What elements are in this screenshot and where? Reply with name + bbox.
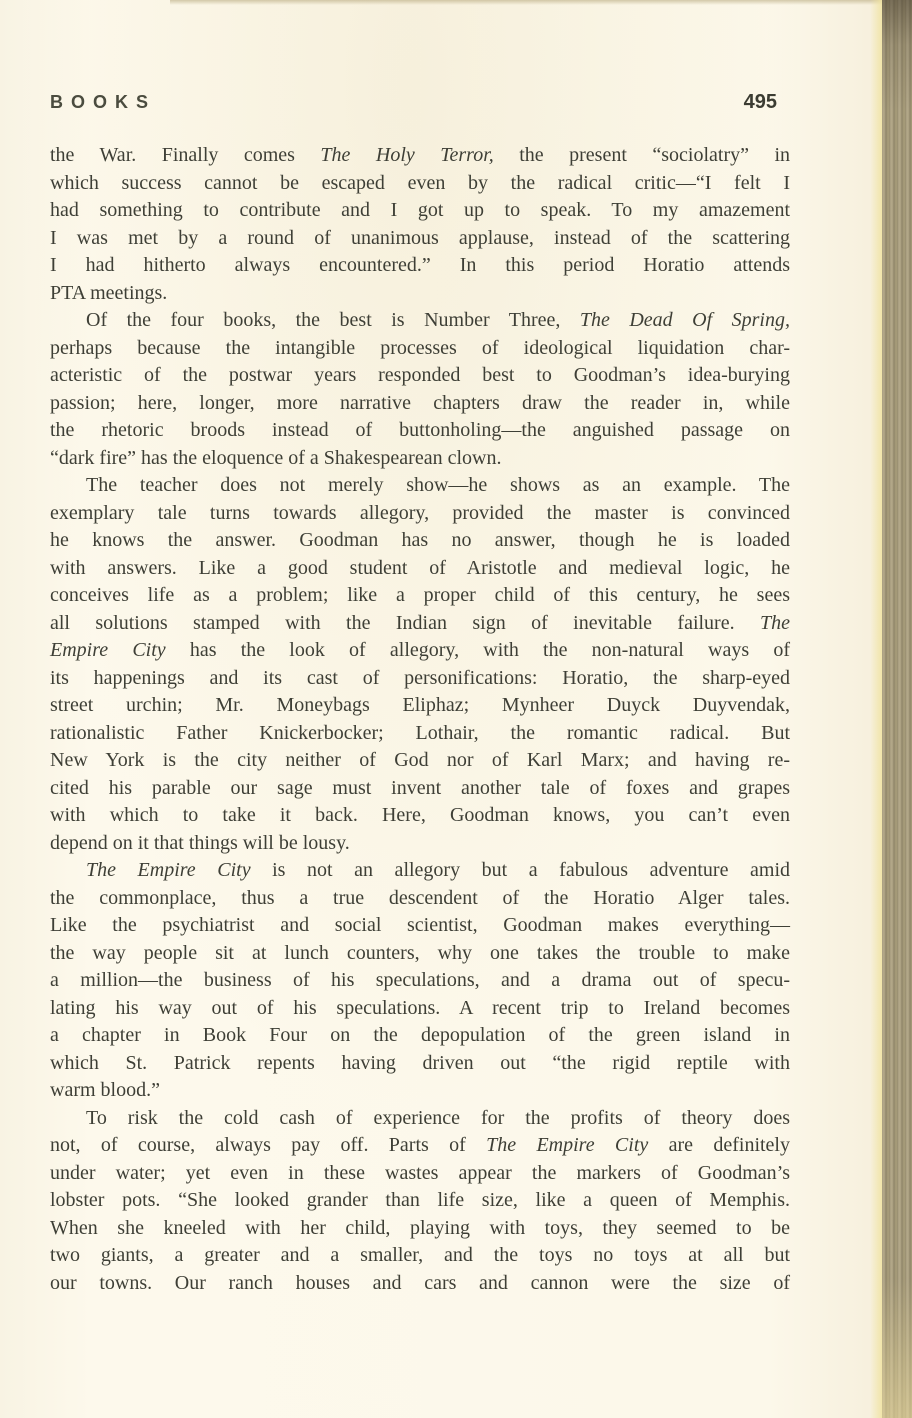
text-segment: the rhetoric broods instead of buttonhol… (50, 419, 790, 441)
text-line: perhaps because the intangible processes… (50, 335, 790, 363)
text-segment: Like the psychiatrist and social scienti… (50, 914, 790, 936)
text-line: When she kneeled with her child, playing… (50, 1215, 790, 1243)
italic-text-segment: Empire City (50, 639, 166, 661)
text-line: I had hitherto always encountered.” In t… (50, 252, 790, 280)
italic-text-segment: The (760, 612, 790, 634)
text-segment: I had hitherto always encountered.” In t… (50, 254, 790, 276)
text-segment: the way people sit at lunch counters, wh… (50, 942, 790, 964)
text-line: with which to take it back. Here, Goodma… (50, 802, 790, 830)
text-line: Like the psychiatrist and social scienti… (50, 912, 790, 940)
text-segment: cited his parable our sage must invent a… (50, 777, 790, 799)
text-segment: “dark fire” has the eloquence of a Shake… (50, 447, 501, 469)
text-line: our towns. Our ranch houses and cars and… (50, 1270, 790, 1298)
text-segment: with answers. Like a good student of Ari… (50, 557, 790, 579)
text-line: with answers. Like a good student of Ari… (50, 555, 790, 583)
text-segment: not, of course, always pay off. Parts of (50, 1134, 486, 1156)
text-line: conceives life as a problem; like a prop… (50, 582, 790, 610)
text-line: cited his parable our sage must invent a… (50, 775, 790, 803)
text-line: the way people sit at lunch counters, wh… (50, 940, 790, 968)
text-segment: rationalistic Father Knickerbocker; Loth… (50, 722, 790, 744)
text-line: the rhetoric broods instead of buttonhol… (50, 417, 790, 445)
text-line: a chapter in Book Four on the depopulati… (50, 1022, 790, 1050)
text-segment: Of the four books, the best is Number Th… (86, 309, 580, 331)
text-line: all solutions stamped with the Indian si… (50, 610, 790, 638)
text-segment: the War. Finally comes (50, 144, 320, 166)
text-segment: lobster pots. “She looked grander than l… (50, 1189, 790, 1211)
text-segment: acteristic of the postwar years responde… (50, 364, 790, 386)
page-edge-highlight (870, 0, 882, 1418)
text-segment: To risk the cold cash of experience for … (86, 1107, 790, 1129)
text-segment: had something to contribute and I got up… (50, 199, 790, 221)
text-segment: I was met by a round of unanimous applau… (50, 227, 790, 249)
text-line: the commonplace, thus a true descendent … (50, 885, 790, 913)
text-segment: all solutions stamped with the Indian si… (50, 612, 760, 634)
text-line: passion; here, longer, more narrative ch… (50, 390, 790, 418)
text-line: street urchin; Mr. Moneybags Eliphaz; My… (50, 692, 790, 720)
text-line: The teacher does not merely show—he show… (50, 472, 790, 500)
text-line: not, of course, always pay off. Parts of… (50, 1132, 790, 1160)
text-segment: lating his way out of his speculations. … (50, 997, 790, 1019)
text-line: To risk the cold cash of experience for … (50, 1105, 790, 1133)
italic-text-segment: The Holy Terror, (320, 144, 493, 166)
text-line: New York is the city neither of God nor … (50, 747, 790, 775)
text-segment: depend on it that things will be lousy. (50, 832, 350, 854)
book-edge-band (882, 0, 912, 1418)
text-segment: with which to take it back. Here, Goodma… (50, 804, 790, 826)
text-line: had something to contribute and I got up… (50, 197, 790, 225)
text-segment: street urchin; Mr. Moneybags Eliphaz; My… (50, 694, 790, 716)
text-segment: which St. Patrick repents having driven … (50, 1052, 790, 1074)
text-line: he knows the answer. Goodman has no answ… (50, 527, 790, 555)
text-line: under water; yet even in these wastes ap… (50, 1160, 790, 1188)
text-segment: its happenings and its cast of personifi… (50, 667, 790, 689)
scanned-book-page: BOOKS 495 the War. Finally comes The Hol… (0, 0, 912, 1418)
paragraph: The teacher does not merely show—he show… (50, 472, 790, 857)
section-label: BOOKS (50, 92, 156, 113)
text-segment: our towns. Our ranch houses and cars and… (50, 1272, 790, 1294)
text-segment: a million—the business of his speculatio… (50, 969, 790, 991)
text-line: Of the four books, the best is Number Th… (50, 307, 790, 335)
text-line: acteristic of the postwar years responde… (50, 362, 790, 390)
text-line: PTA meetings. (50, 280, 790, 308)
text-line: lating his way out of his speculations. … (50, 995, 790, 1023)
text-line: which success cannot be escaped even by … (50, 170, 790, 198)
text-segment: passion; here, longer, more narrative ch… (50, 392, 790, 414)
text-line: rationalistic Father Knickerbocker; Loth… (50, 720, 790, 748)
text-segment: perhaps because the intangible processes… (50, 337, 790, 359)
text-segment: under water; yet even in these wastes ap… (50, 1162, 790, 1184)
text-segment: are definitely (648, 1134, 790, 1156)
text-line: depend on it that things will be lousy. (50, 830, 790, 858)
text-segment: two giants, a greater and a smaller, and… (50, 1244, 790, 1266)
text-line: exemplary tale turns towards allegory, p… (50, 500, 790, 528)
text-segment: warm blood.” (50, 1079, 160, 1101)
italic-text-segment: The Empire City (486, 1134, 648, 1156)
paragraph: The Empire City is not an allegory but a… (50, 857, 790, 1105)
body-text: the War. Finally comes The Holy Terror, … (50, 142, 790, 1297)
text-segment: The teacher does not merely show—he show… (86, 474, 790, 496)
text-segment: a chapter in Book Four on the depopulati… (50, 1024, 790, 1046)
text-segment: which success cannot be escaped even by … (50, 172, 790, 194)
text-segment: the commonplace, thus a true descendent … (50, 887, 790, 909)
text-segment: the present “sociolatry” in (494, 144, 790, 166)
text-line: The Empire City is not an allegory but a… (50, 857, 790, 885)
italic-text-segment: The Empire City (86, 859, 251, 881)
text-segment: When she kneeled with her child, playing… (50, 1217, 790, 1239)
text-segment: has the look of allegory, with the non-n… (166, 639, 790, 661)
text-line: its happenings and its cast of personifi… (50, 665, 790, 693)
text-segment: PTA meetings. (50, 282, 167, 304)
scan-top-edge-shadow (170, 0, 884, 5)
page-number: 495 (744, 91, 777, 114)
text-segment: New York is the city neither of God nor … (50, 749, 790, 771)
text-line: “dark fire” has the eloquence of a Shake… (50, 445, 790, 473)
paragraph: Of the four books, the best is Number Th… (50, 307, 790, 472)
text-segment: conceives life as a problem; like a prop… (50, 584, 790, 606)
text-line: two giants, a greater and a smaller, and… (50, 1242, 790, 1270)
text-line: Empire City has the look of allegory, wi… (50, 637, 790, 665)
text-line: the War. Finally comes The Holy Terror, … (50, 142, 790, 170)
text-line: lobster pots. “She looked grander than l… (50, 1187, 790, 1215)
text-line: a million—the business of his speculatio… (50, 967, 790, 995)
text-line: which St. Patrick repents having driven … (50, 1050, 790, 1078)
text-segment: he knows the answer. Goodman has no answ… (50, 529, 790, 551)
text-line: I was met by a round of unanimous applau… (50, 225, 790, 253)
paragraph: the War. Finally comes The Holy Terror, … (50, 142, 790, 307)
text-line: warm blood.” (50, 1077, 790, 1105)
text-segment: exemplary tale turns towards allegory, p… (50, 502, 790, 524)
running-header: BOOKS 495 (50, 91, 790, 114)
italic-text-segment: The Dead Of Spring, (580, 309, 790, 331)
text-segment: is not an allegory but a fabulous advent… (251, 859, 790, 881)
paragraph: To risk the cold cash of experience for … (50, 1105, 790, 1298)
